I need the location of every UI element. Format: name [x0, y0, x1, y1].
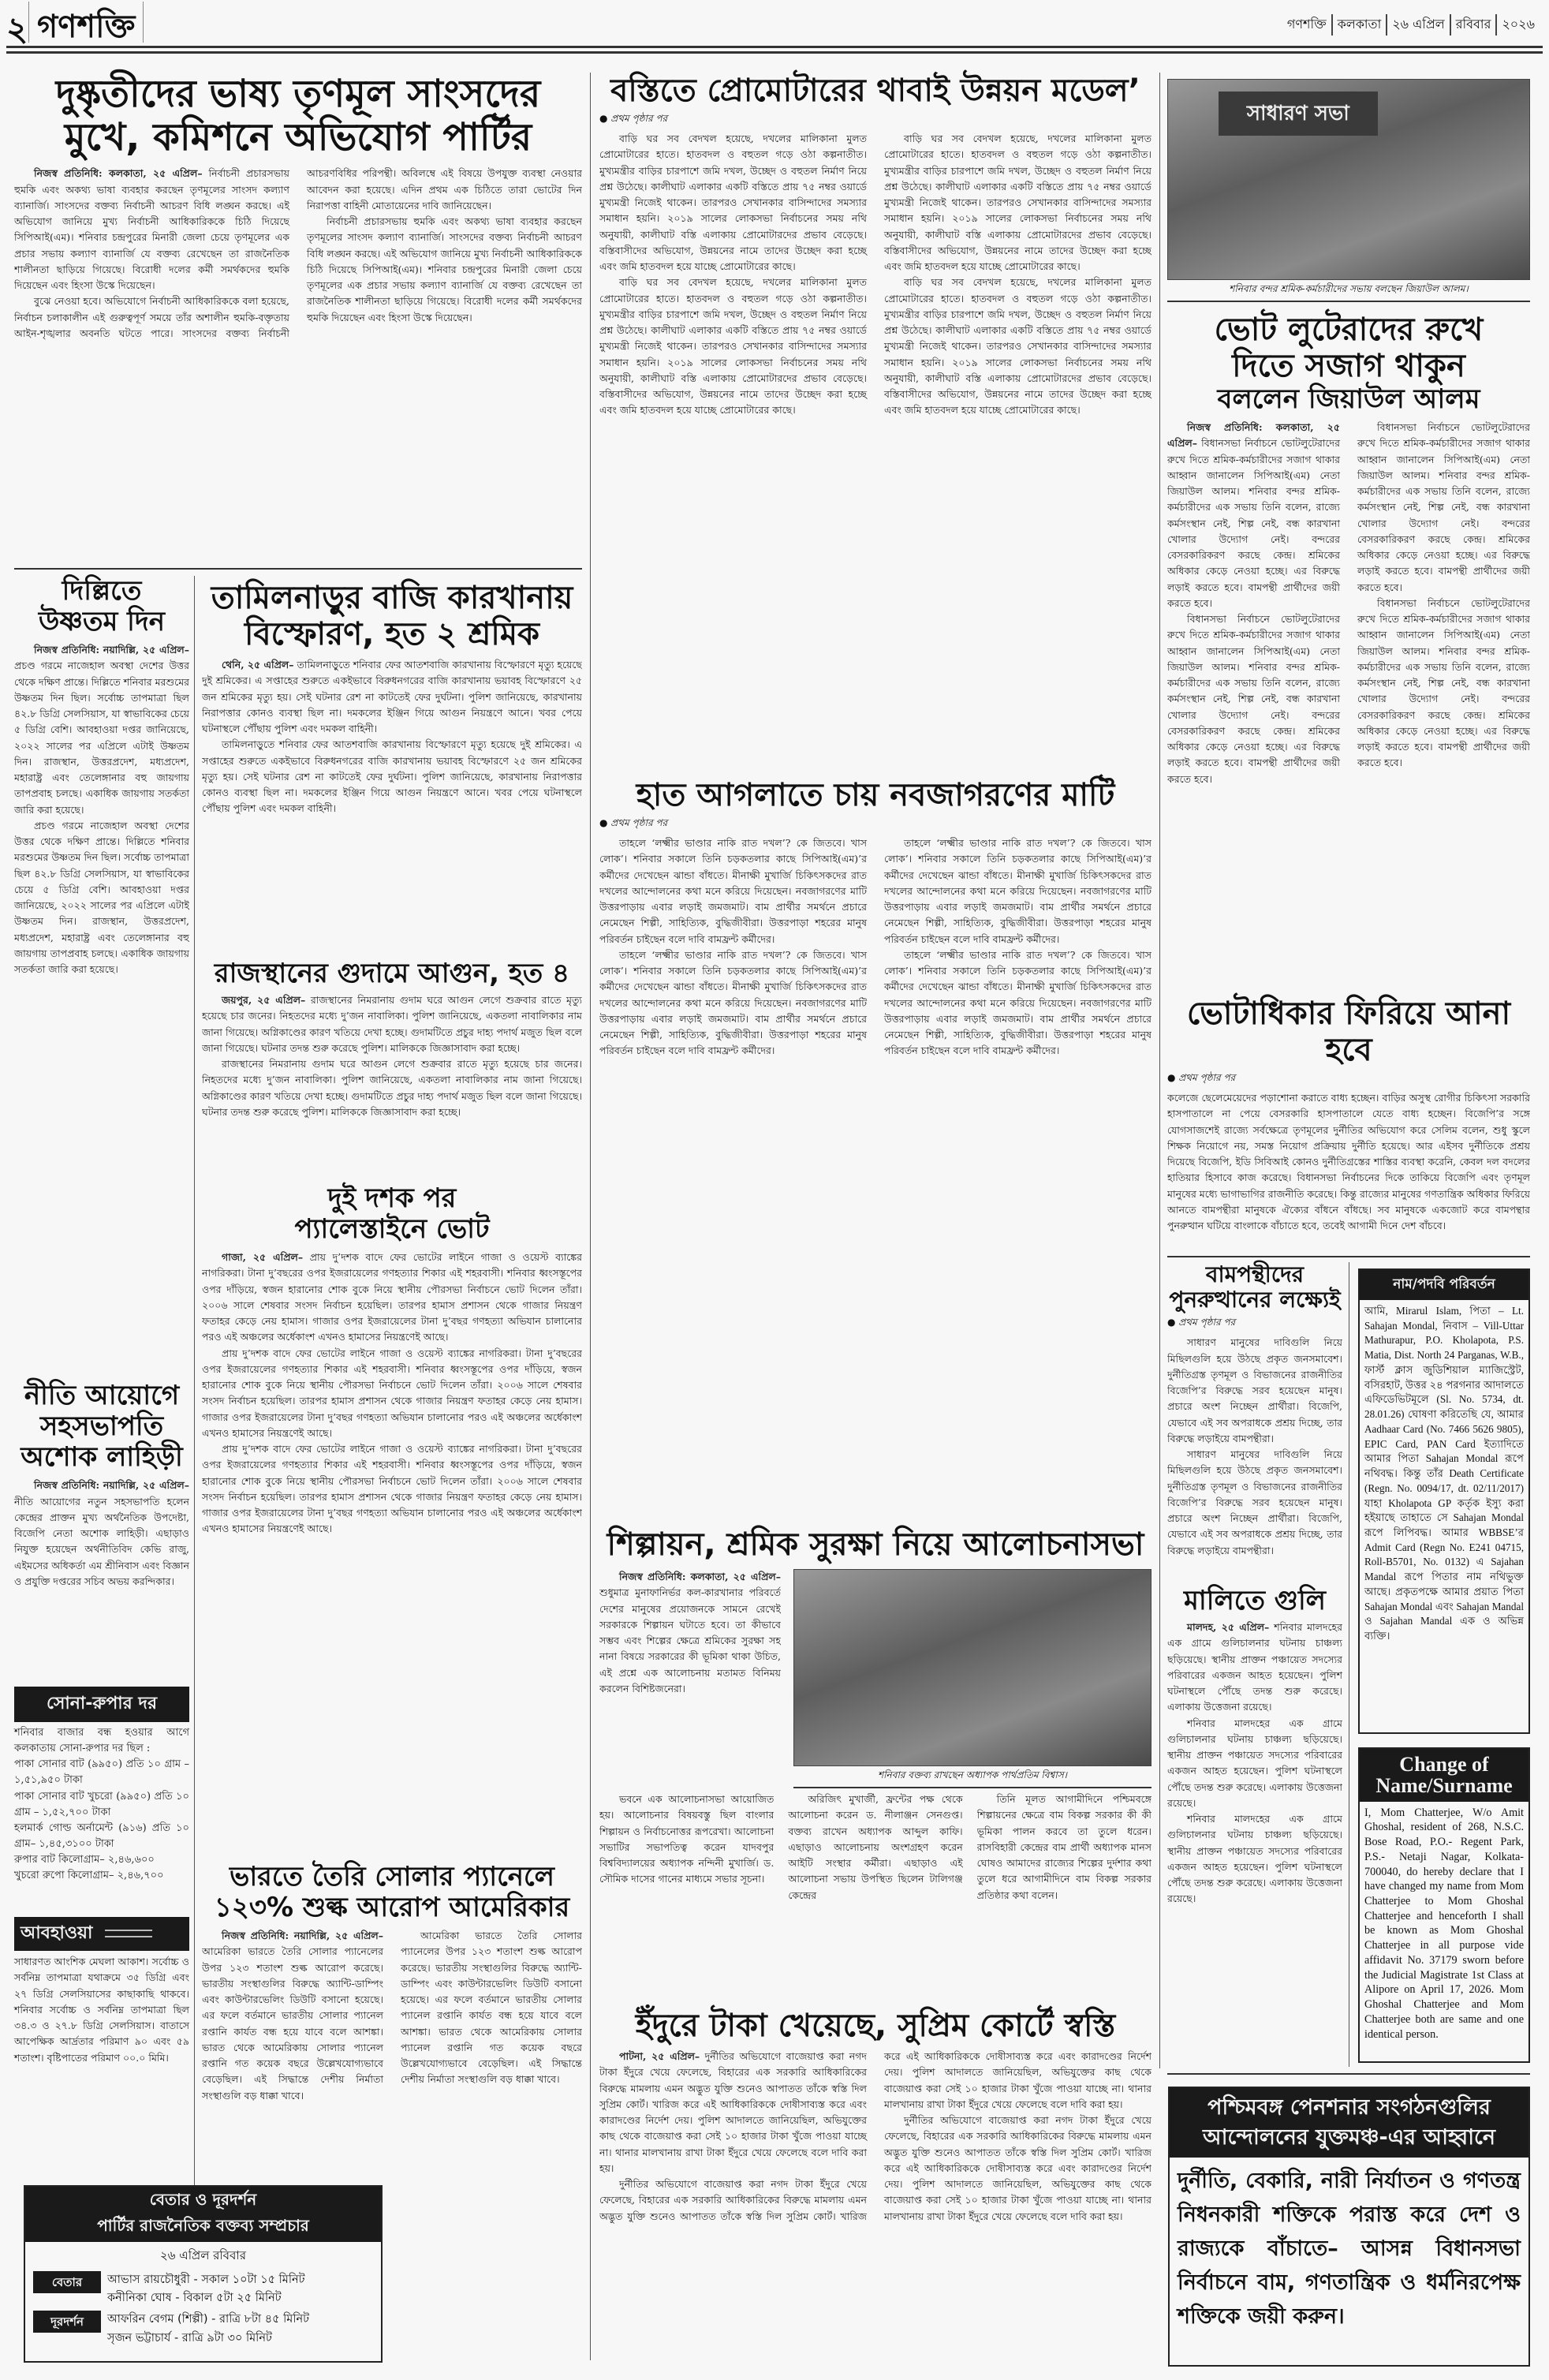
- article-niti-aayog: নীতি আয়োগে সহসভাপতি অশোক লাহিড়ী নিজস্ব…: [14, 1381, 189, 1590]
- dateline-date: ২৬ এপ্রিল: [1386, 14, 1450, 35]
- headline: দুষ্কৃতীদের ভাষ্য তৃণমূল সাংসদের: [14, 73, 582, 116]
- name-change-notice-bengali: নাম/পদবি পরিবর্তন আমি, Mirarul Islam, পি…: [1358, 1268, 1530, 1734]
- article-slum-promoter: বস্তিতে প্রোমোটারের থাবাই উন্নয়ন মডেল’ …: [599, 73, 1151, 770]
- rate-row: পাকা সোনার বাট খুচরো (৯৯৫০) প্রতি ১০ গ্র…: [14, 1789, 189, 1821]
- headline-line-3: বললেন জিয়াউল আলম: [1167, 384, 1530, 415]
- headline-line-2: বিস্ফোরণ, হত ২ শ্রমিক: [202, 616, 582, 652]
- notice-title-line-2: Name/Surname: [1360, 1775, 1528, 1796]
- article-vote-looters: ভোট লুটেরাদের রুখে দিতে সজাগ থাকুন বললেন…: [1167, 312, 1530, 925]
- weather-title: আবহাওয়া: [14, 1917, 189, 1951]
- headline: ইঁদুরে টাকা খেয়েছে, সুপ্রিম কোর্টে স্বস…: [599, 2008, 1151, 2044]
- divider: [1167, 1256, 1530, 1257]
- schedule-entry: কনীনিকা ঘোষ - বিকাল ৫টা ২৫ মিনিট: [107, 2289, 305, 2307]
- continued-marker: প্রথম পৃষ্ঠার পর: [599, 816, 1151, 832]
- continued-marker: প্রথম পৃষ্ঠার পর: [1167, 1316, 1342, 1332]
- headline-line-3: অশোক লাহিড়ী: [14, 1442, 189, 1473]
- schedule-entry: আভাস রায়চৌধুরী - সকাল ১০টা ১৫ মিনিট: [107, 2271, 305, 2289]
- headline: ভোট লুটেরাদের রুখে: [1167, 312, 1530, 348]
- headline: বামপন্থীদের: [1167, 1262, 1342, 1287]
- notice-title: নাম/পদবি পরিবর্তন: [1360, 1270, 1528, 1300]
- masthead: ২ গণশক্তি গণশক্তি কলকাতা ২৬ এপ্রিল রবিবা…: [0, 0, 1549, 55]
- article-body: মালদহ, ২৫ এপ্রিল– শনিবার মালদহের এক গ্রা…: [1167, 1620, 1342, 2061]
- rate-row: পাকা সোনার বাট (৯৯৫০) প্রতি ১০ গ্রাম – ১…: [14, 1757, 189, 1788]
- article-body: নিজস্ব প্রতিনিধি: নয়াদিল্লি, ২৫ এপ্রিল–…: [202, 1928, 582, 2149]
- article-nabajagaran: হাত আগলাতে চায় নবজাগরণের মাটি প্রথম পৃষ…: [599, 777, 1151, 1498]
- appeal-title: পশ্চিমবঙ্গ পেনশনার সংগঠনগুলির: [1173, 2093, 1525, 2123]
- article-body: বাড়ি ঘর সব বেদখল হয়েছে, দখলের মালিকানা…: [599, 131, 1151, 770]
- appeal-body: দুর্নীতি, বেকারি, নারী নির্যাতন ও গণতন্ত…: [1170, 2158, 1528, 2341]
- gold-silver-body: শনিবার বাজার বন্ধ হওয়ার আগে কলকাতায় সো…: [14, 1722, 189, 1884]
- radio-tv-schedule: বেতার ও দূরদর্শন পার্টির রাজনৈতিক বক্তব্…: [24, 2185, 383, 2363]
- headline-line-2: পুনরুত্থানের লক্ষ্যেই: [1167, 1287, 1342, 1313]
- divider: [1167, 2073, 1530, 2075]
- seminar-photo: [793, 1569, 1151, 1766]
- headline-line-2: উষ্ণতম দিন: [14, 607, 189, 637]
- headline: ভারতে তৈরি সোলার প্যানেলে: [202, 1862, 582, 1892]
- dateline-year: ২০২৬: [1495, 14, 1540, 35]
- radio-tv-subtitle: পার্টির রাজনৈতিক বক্তব্য সম্প্রচার: [25, 2214, 381, 2240]
- radio-tv-title: বেতার ও দূরদর্শন: [25, 2188, 381, 2214]
- article-industrialization: শিল্পায়ন, শ্রমিক সুরক্ষা নিয়ে আলোচনাসভ…: [599, 1526, 1151, 1910]
- headline-line-2: প্যালেস্তাইনে ভোট: [202, 1214, 582, 1245]
- article-rats: ইঁদুরে টাকা খেয়েছে, সুপ্রিম কোর্টে স্বস…: [599, 2008, 1151, 2364]
- article-malda: মালিতে গুলি মালদহ, ২৫ এপ্রিল– শনিবার মাল…: [1167, 1586, 1342, 2061]
- weather-body: সাধারণত আংশিক মেঘলা আকাশ। সর্বোচ্চ ও সর্…: [14, 1951, 189, 2066]
- article-solar: ভারতে তৈরি সোলার প্যানেলে ১২৩% শুল্ক আরো…: [202, 1862, 582, 2149]
- dateline-day: রবিবার: [1450, 14, 1496, 35]
- continued-marker: প্রথম পৃষ্ঠার পর: [599, 112, 1151, 128]
- paper-name: গণশক্তি: [28, 2, 144, 43]
- column-rule: [1349, 1262, 1349, 2067]
- headline: ভোটাধিকার ফিরিয়ে আনা হবে: [1167, 996, 1530, 1068]
- headline-line-2: দিতে সজাগ থাকুন: [1167, 348, 1530, 384]
- headline: মালিতে গুলি: [1167, 1586, 1342, 1616]
- headline: দুই দশক পর: [202, 1183, 582, 1214]
- article-rajasthan: রাজস্থানের গুদামে আগুন, হত ৪ জয়পুর, ২৫ …: [202, 958, 582, 1174]
- tv-section: দূরদর্শন আফরিন বেগম (শিল্পী) - রাত্রি ৮ট…: [25, 2309, 381, 2348]
- radio-section: বেতার আভাস রায়চৌধুরী - সকাল ১০টা ১৫ মিন…: [25, 2270, 381, 2309]
- article-tmc-mp: দুষ্কৃতীদের ভাষ্য তৃণমূল সাংসদের মুখে, ক…: [14, 73, 582, 536]
- headline: শিল্পায়ন, শ্রমিক সুরক্ষা নিয়ে আলোচনাসভ…: [599, 1526, 1151, 1563]
- article-voting-rights: ভোটাধিকার ফিরিয়ে আনা হবে প্রথম পৃষ্ঠার …: [1167, 996, 1530, 1287]
- article-body: নিজস্ব প্রতিনিধি: কলকাতা, ২৫ এপ্রিল– শুধ…: [599, 1569, 781, 1782]
- weather-lines-icon: [105, 1930, 152, 1937]
- schedule-entry: সৃজন ভট্টাচার্য - রাত্রি ৯টা ৩০ মিনিট: [107, 2330, 309, 2348]
- headline: দিল্লিতে: [14, 576, 189, 607]
- article-palestine: দুই দশক পর প্যালেস্তাইনে ভোট গাজা, ২৫ এপ…: [202, 1183, 582, 1786]
- divider: [14, 568, 582, 570]
- tv-label: দূরদর্শন: [33, 2311, 101, 2333]
- continued-marker: প্রথম পৃষ্ঠার পর: [1167, 1071, 1530, 1087]
- radio-label: বেতার: [33, 2271, 101, 2293]
- article-body: জয়পুর, ২৫ এপ্রিল– রাজস্থানের নিমরানায় …: [202, 992, 582, 1174]
- gold-silver-rates: সোনা-রুপার দর শনিবার বাজার বন্ধ হওয়ার আ…: [14, 1680, 189, 1884]
- article-tamilnadu: তামিলনাড়ুর বাজি কারখানায় বিস্ফোরণ, হত …: [202, 580, 582, 925]
- headline: তামিলনাড়ুর বাজি কারখানায়: [202, 580, 582, 616]
- name-change-notice-english: Change of Name/Surname I, Mom Chatterjee…: [1358, 1747, 1530, 2063]
- article-left-revival: বামপন্থীদের পুনরুত্থানের লক্ষ্যেই প্রথম …: [1167, 1262, 1342, 1564]
- dateline-city: কলকাতা: [1331, 14, 1387, 35]
- appeal-title-line-2: আন্দোলনের যুক্তমঞ্চ-এর আহ্বানে: [1173, 2123, 1525, 2153]
- notice-body: I, Mom Chatterjee, W/o Amit Ghoshal, res…: [1360, 1802, 1528, 2046]
- article-body: নিজস্ব প্রতিনিধি: নয়াদিল্লি, ২৫ এপ্রিল–…: [14, 642, 189, 1352]
- photo-banner: সাধারণ সভা: [1219, 92, 1378, 136]
- headline: বস্তিতে প্রোমোটারের থাবাই উন্নয়ন মডেল’: [599, 73, 1151, 109]
- rate-row: খুচরো রুপো কিলোগ্রাম– ২,৪৬,৭০০: [14, 1868, 189, 1884]
- masthead-rule: [6, 46, 1543, 54]
- headline: নীতি আয়োগে: [14, 1381, 189, 1411]
- article-body: নিজস্ব প্রতিনিধি: কলকাতা, ২৫ এপ্রিল– নির…: [14, 166, 582, 536]
- article-body-columns: ভবনে এক আলোচনাসভা আয়োজিত হয়। আলোচনার ব…: [599, 1792, 1151, 1910]
- photo-caption: শনিবার বক্তব্য রাখছেন অধ্যাপক পার্থপ্রতি…: [793, 1766, 1151, 1788]
- headline-line-2: ১২৩% শুল্ক আরোপ আমেরিকার: [202, 1892, 582, 1923]
- column-rule: [1159, 73, 1160, 2068]
- schedule-entry: আফরিন বেগম (শিল্পী) - রাত্রি ৮টা ৪৫ মিনি…: [107, 2311, 309, 2329]
- photo-container: শনিবার বক্তব্য রাখছেন অধ্যাপক পার্থপ্রতি…: [793, 1569, 1151, 1788]
- article-body: তাহলে ‘লক্ষ্মীর ভাণ্ডার নাকি রাত দখল’? ক…: [599, 835, 1151, 1498]
- headline-line-2: মুখে, কমিশনে অভিযোগ পার্টির: [14, 116, 582, 159]
- column-rule: [590, 73, 591, 2360]
- zp-photo-block: সাধারণ সভা শনিবার বন্দর শ্রমিক-কর্মচারীদ…: [1167, 79, 1530, 302]
- notice-title: Change of: [1360, 1754, 1528, 1775]
- headline: রাজস্থানের গুদামে আগুন, হত ৪: [202, 958, 582, 989]
- headline: হাত আগলাতে চায় নবজাগরণের মাটি: [599, 777, 1151, 813]
- radio-tv-date: ২৬ এপ্রিল রবিবার: [25, 2242, 381, 2270]
- headline-line-2: সহসভাপতি: [14, 1411, 189, 1442]
- article-body: কলেজে ছেলেমেয়েদের পড়াশোনা করাতে বাধ্য …: [1167, 1090, 1530, 1287]
- article-body: পাটনা, ২৫ এপ্রিল– দুর্নীতির অভিযোগে বাজে…: [599, 2049, 1151, 2364]
- rate-row: হলমার্ক গোল্ড অর্নামেন্ট (৯১৬) প্রতি ১০ …: [14, 1821, 189, 1852]
- article-body: গাজা, ২৫ এপ্রিল– প্রায় দু’দশক বাদে ফের …: [202, 1250, 582, 1786]
- weather-box: আবহাওয়া সাধারণত আংশিক মেঘলা আকাশ। সর্বো…: [14, 1917, 189, 2066]
- article-body: নিজস্ব প্রতিনিধি: নয়াদিল্লি, ২৫ এপ্রিল–…: [14, 1478, 189, 1590]
- meeting-photo: সাধারণ সভা: [1167, 79, 1530, 280]
- dateline: গণশক্তি কলকাতা ২৬ এপ্রিল রবিবার ২০২৬: [1282, 14, 1540, 35]
- pensioners-appeal: পশ্চিমবঙ্গ পেনশনার সংগঠনগুলির আন্দোলনের …: [1168, 2087, 1530, 2367]
- photo-caption: শনিবার বন্দর শ্রমিক-কর্মচারীদের সভায় বল…: [1167, 280, 1530, 302]
- article-delhi-heat: দিল্লিতে উষ্ণতম দিন নিজস্ব প্রতিনিধি: নয…: [14, 576, 189, 1352]
- notice-body: আমি, Mirarul Islam, পিতা – Lt. Sahajan M…: [1360, 1300, 1528, 1648]
- byline: নিজস্ব প্রতিনিধি: কলকাতা, ২৫ এপ্রিল–: [34, 167, 203, 179]
- article-body: সাধারণ মানুষের দাবিগুলি নিয়ে মিছিলগুলি …: [1167, 1335, 1342, 1564]
- article-body: থেনি, ২৫ এপ্রিল– তামিলনাড়ুতে শনিবার ফের…: [202, 657, 582, 925]
- column-rule: [194, 576, 195, 2185]
- dateline-paper: গণশক্তি: [1282, 14, 1331, 35]
- gold-silver-title: সোনা-রুপার দর: [14, 1687, 189, 1722]
- rate-row: রুপার বাট কিলোগ্রাম– ২,৪৬,৬০০: [14, 1852, 189, 1868]
- article-body: নিজস্ব প্রতিনিধি: কলকাতা, ২৫ এপ্রিল– বিধ…: [1167, 420, 1530, 925]
